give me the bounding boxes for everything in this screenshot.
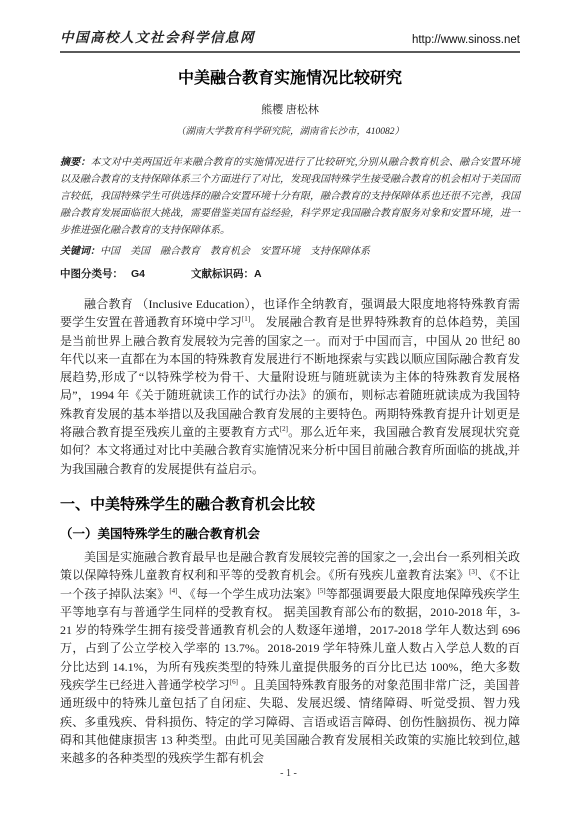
- article-authors: 熊樱 唐松林: [60, 101, 520, 117]
- abstract-paragraph: 摘要：本文对中美两国近年来融合教育的实施情况进行了比较研究,分别从融合教育机会、…: [60, 154, 520, 239]
- abstract-label: 摘要：: [60, 157, 91, 168]
- paragraph-text: 。 发展融合教育是世界特殊教育的总体趋势，美国是当前世界上融合教育发展较为完善的…: [60, 315, 520, 439]
- subsection-1-1-heading: （一）美国特殊学生的融合教育机会: [60, 524, 520, 542]
- section-1-heading: 一、中美特殊学生的融合教育机会比较: [60, 493, 520, 514]
- citation-ref-6: [6]: [230, 678, 238, 686]
- site-logo: 中国高校人文社会科学信息网: [60, 26, 255, 46]
- classification-line: 中图分类号：G4文献标识码：A: [60, 266, 520, 281]
- paragraph-text: 美国是实施融合教育最早也是融合教育发展较完善的国家之一,会出台一系列相关政策以保…: [60, 550, 520, 582]
- section-1-paragraph: 美国是实施融合教育最早也是融合教育发展较完善的国家之一,会出台一系列相关政策以保…: [60, 548, 520, 768]
- citation-ref-1: [1]: [242, 315, 250, 323]
- intro-paragraph: 融合教育 （Inclusive Education），也译作全纳教育，强调最大限…: [60, 295, 520, 478]
- keywords-label: 关键词：: [60, 246, 100, 257]
- page-header: 中国高校人文社会科学信息网 http://www.sinoss.net: [60, 26, 520, 53]
- citation-ref-2: [2]: [280, 425, 288, 433]
- keywords-text: 中国 美国 融合教育 教育机会 安置环境 支持保障体系: [100, 246, 370, 257]
- paragraph-text: 、《每一个学生成功法案》: [178, 587, 318, 601]
- article-title: 中美融合教育实施情况比较研究: [60, 65, 520, 88]
- keywords-line: 关键词：中国 美国 融合教育 教育机会 安置环境 支持保障体系: [60, 243, 520, 260]
- site-url-link[interactable]: http://www.sinoss.net: [412, 34, 520, 46]
- citation-ref-5: [5]: [317, 587, 325, 595]
- clc-label: 中图分类号：: [60, 268, 123, 280]
- citation-ref-4: [4]: [169, 587, 177, 595]
- paragraph-text: 等都强调要最大限度地保障残疾学生平等地享有与普通学生同样的受教育权。 据美国教育…: [60, 587, 520, 692]
- article-affiliation: （湖南大学教育科学研究院，湖南省长沙市，410082）: [60, 123, 520, 137]
- doc-code-value: A: [254, 268, 262, 280]
- document-page: 中国高校人文社会科学信息网 http://www.sinoss.net 中美融合…: [0, 0, 577, 817]
- citation-ref-3: [3]: [469, 568, 477, 576]
- doc-code-label: 文献标识码：: [191, 268, 254, 280]
- abstract-text: 本文对中美两国近年来融合教育的实施情况进行了比较研究,分别从融合教育机会、融合安…: [60, 157, 520, 236]
- page-number: - 1 -: [0, 768, 577, 779]
- clc-value: G4: [131, 268, 145, 280]
